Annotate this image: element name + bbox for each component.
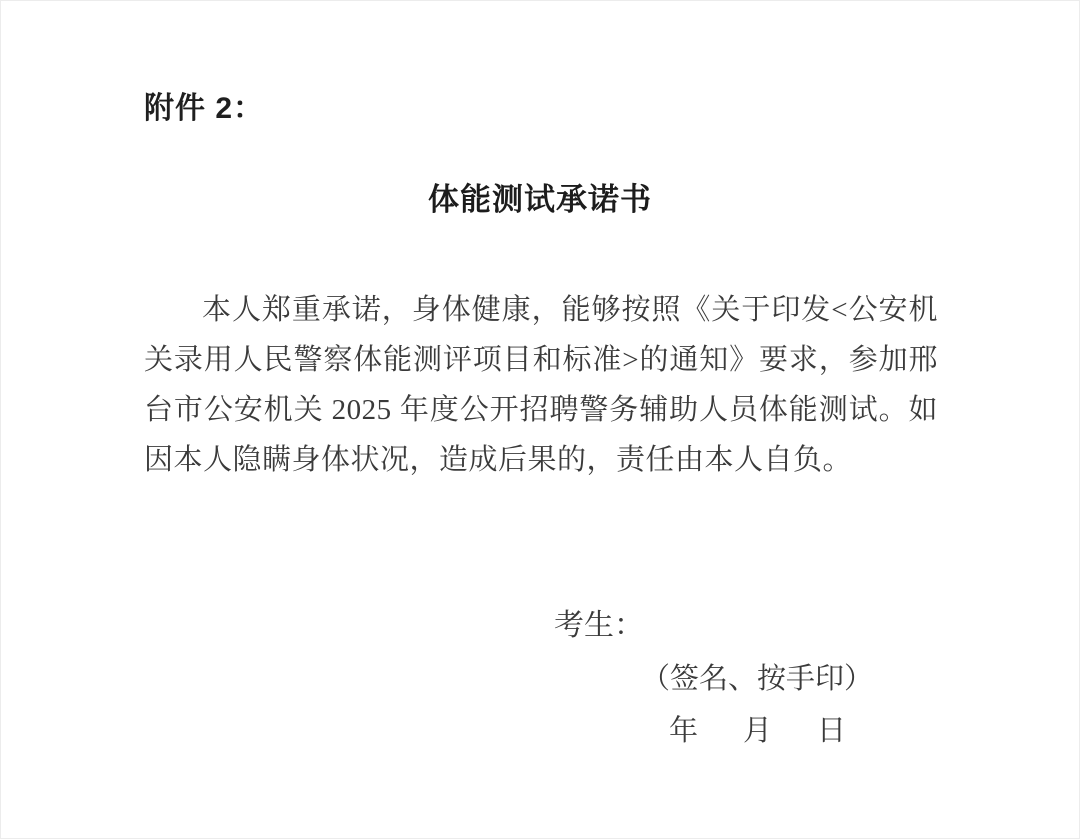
document-body-paragraph: 本人郑重承诺，身体健康，能够按照《关于印发<公安机关录用人民警察体能测评项目和标…	[144, 285, 938, 485]
document-page: 附件 2： 体能测试承诺书 本人郑重承诺，身体健康，能够按照《关于印发<公安机关…	[0, 0, 1080, 839]
signature-instruction: （签名、按手印）	[641, 659, 873, 699]
candidate-label: 考生：	[554, 606, 644, 646]
document-title: 体能测试承诺书	[1, 179, 1079, 221]
attachment-label: 附件 2：	[144, 89, 264, 129]
date-line: 年 月 日	[669, 711, 854, 751]
